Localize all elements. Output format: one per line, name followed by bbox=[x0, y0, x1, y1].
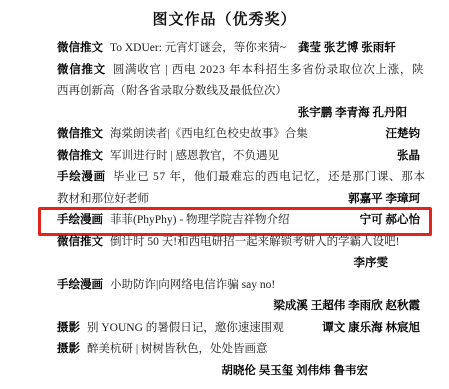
award-entry-row-highlighted: 手绘漫画 菲菲(PhyPhy) - 物理学院吉祥物介绍 宁可 郝心怡 bbox=[57, 210, 420, 232]
entry-title: 西再创新高（附各省录取分数线及最低位次） bbox=[57, 81, 287, 103]
award-entry-row: 摄影 醉美杭研 | 树树皆秋色，处处皆画意 bbox=[57, 339, 420, 361]
author-names: 梁成溪 王超伟 李雨欣 赵秋霞 bbox=[273, 296, 420, 318]
award-names-row: 张宇鹏 李青海 孔丹阳 bbox=[57, 103, 420, 125]
award-entry-row: 微信推文 To XDUer: 元宵灯谜会，等你来猜~ 龚莹 张艺博 张雨轩 bbox=[57, 38, 420, 60]
entry-title: 军训进行时 | 感恩教官，不负遇见 bbox=[110, 146, 279, 168]
category-label: 手绘漫画 bbox=[57, 210, 103, 232]
author-names: 谭文 康乐海 林宸旭 bbox=[322, 318, 420, 340]
entry-title: 菲菲(PhyPhy) - 物理学院吉祥物介绍 bbox=[110, 210, 290, 232]
award-entry-row: 微信推文 海棠朗读者|《西电红色校史故事》合集 汪楚钧 bbox=[57, 124, 420, 146]
category-label: 手绘漫画 bbox=[57, 167, 106, 189]
document-page: 图文作品（优秀奖） 微信推文 To XDUer: 元宵灯谜会，等你来猜~ 龚莹 … bbox=[0, 0, 449, 389]
entry-title: 教材和那位好老师 bbox=[57, 189, 149, 211]
author-names: 张宇鹏 李青海 孔丹阳 bbox=[298, 103, 407, 125]
author-names: 汪楚钧 bbox=[386, 124, 421, 146]
category-label: 摄影 bbox=[57, 318, 80, 340]
author-names: 胡晓伦 吴玉玺 刘伟炜 鲁韦宏 bbox=[221, 361, 368, 383]
award-entry-continuation-row: 教材和那位好老师 郭嘉平 李璋珂 bbox=[57, 189, 420, 211]
author-names: 龚莹 张艺博 张雨轩 bbox=[298, 38, 396, 60]
entry-title: 海棠朗读者|《西电红色校史故事》合集 bbox=[110, 124, 308, 146]
category-label: 微信推文 bbox=[57, 60, 106, 82]
award-names-row: 梁成溪 王超伟 李雨欣 赵秋霞 bbox=[57, 296, 420, 318]
author-names: 郭嘉平 李璋珂 bbox=[348, 189, 420, 211]
entry-title: 小助防诈|向网络电信诈骗 say no! bbox=[110, 275, 275, 297]
author-names: 李序雯 bbox=[354, 253, 389, 275]
document-title: 图文作品（优秀奖） bbox=[0, 8, 449, 29]
category-label: 微信推文 bbox=[57, 232, 103, 254]
author-names: 宁可 郝心怡 bbox=[360, 210, 420, 232]
entry-title: To XDUer: 元宵灯谜会，等你来猜~ bbox=[110, 38, 286, 60]
category-label: 微信推文 bbox=[57, 146, 103, 168]
category-label: 微信推文 bbox=[57, 38, 103, 60]
award-entry-row: 微信推文 倒计时 50 天!和西电研招一起来解锁考研人的学霸人设吧! bbox=[57, 232, 420, 254]
award-names-row: 胡晓伦 吴玉玺 刘伟炜 鲁韦宏 bbox=[57, 361, 420, 383]
entry-title: 醉美杭研 | 树树皆秋色，处处皆画意 bbox=[87, 339, 268, 361]
entry-title: 倒计时 50 天!和西电研招一起来解锁考研人的学霸人设吧! bbox=[110, 232, 399, 254]
award-entry-continuation-row: 西再创新高（附各省录取分数线及最低位次） bbox=[57, 81, 420, 103]
entry-title: 别 YOUNG 的暑假日记，邀你速速围观 bbox=[87, 318, 284, 340]
category-label: 摄影 bbox=[57, 339, 80, 361]
entry-title: 毕业已 57 年，他们最难忘的西电记忆，还是那门课、那本 bbox=[113, 167, 426, 189]
category-label: 微信推文 bbox=[57, 124, 103, 146]
award-entry-row: 手绘漫画 小助防诈|向网络电信诈骗 say no! bbox=[57, 275, 420, 297]
award-list: 微信推文 To XDUer: 元宵灯谜会，等你来猜~ 龚莹 张艺博 张雨轩 微信… bbox=[0, 38, 449, 382]
category-label: 手绘漫画 bbox=[57, 275, 103, 297]
award-entry-row: 手绘漫画 毕业已 57 年，他们最难忘的西电记忆，还是那门课、那本 bbox=[57, 167, 420, 189]
award-entry-row: 微信推文 圆满收官 | 西电 2023 年本科招生多省份录取位次上涨，陕 bbox=[57, 60, 420, 82]
award-names-row: 李序雯 bbox=[57, 253, 420, 275]
award-entry-row: 微信推文 军训进行时 | 感恩教官，不负遇见 张晶 bbox=[57, 146, 420, 168]
author-names: 张晶 bbox=[397, 146, 420, 168]
award-entry-row: 摄影 别 YOUNG 的暑假日记，邀你速速围观 谭文 康乐海 林宸旭 bbox=[57, 318, 420, 340]
entry-title: 圆满收官 | 西电 2023 年本科招生多省份录取位次上涨，陕 bbox=[113, 60, 425, 82]
